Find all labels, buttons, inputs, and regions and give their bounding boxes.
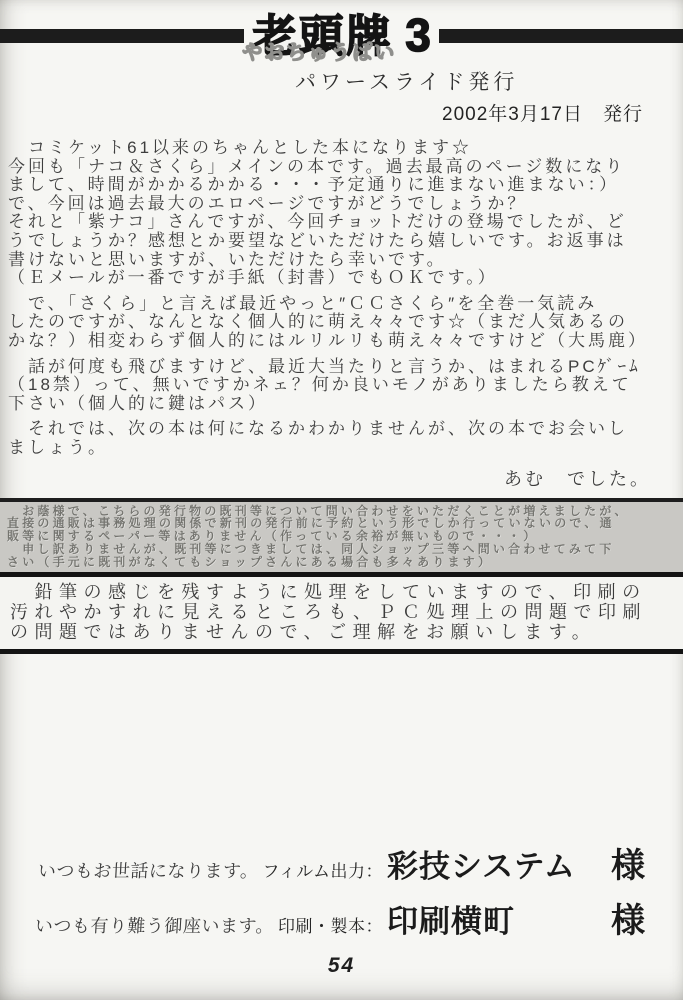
credit-row-film: いつもお世話になります。 フィルム出力： 彩技システム 様 bbox=[0, 838, 645, 887]
afterword-body: コミケット61以来のちゃんとした本になります☆ 今回も「ナコ＆さくら」メインの本… bbox=[8, 139, 675, 491]
scanned-afterword-page: やおちゅうぱい 老頭牌 3 パワースライド発行 2002年3月17日 発行 コミ… bbox=[0, 0, 683, 1000]
page-number: 54 bbox=[0, 954, 683, 978]
credit-label: フィルム出力： bbox=[263, 857, 383, 882]
title-bar: やおちゅうぱい 老頭牌 3 bbox=[0, 15, 683, 57]
author-signoff: あむ でした。 bbox=[8, 465, 675, 491]
credit-honorific: 様 bbox=[611, 893, 645, 942]
credit-row-printing: いつも有り難う御座います。 印刷・製本： 印刷横町 様 bbox=[0, 893, 645, 942]
title-block: やおちゅうぱい 老頭牌 3 bbox=[244, 15, 439, 57]
credit-company-name: 印刷横町 bbox=[387, 896, 515, 941]
credit-company-name: 彩技システム bbox=[387, 841, 576, 886]
credit-message: いつもお世話になります。 bbox=[37, 857, 259, 883]
title-bar-right-rule bbox=[439, 29, 683, 43]
credit-name-wrap: 彩技システム 様 bbox=[387, 838, 645, 887]
publisher-line: パワースライド発行 bbox=[0, 66, 683, 96]
paragraph-closing: それでは、次の本は何になるかわかりませんが、次の本でお会いし ましょう。 bbox=[8, 420, 675, 457]
title-volume-number: 3 bbox=[405, 15, 431, 55]
title-furigana: やおちゅうぱい bbox=[242, 36, 396, 65]
paragraph-ccsakura: で、「さくら」と言えば最近やっと″ＣＣさくら″を全巻一気読み したのですが、なん… bbox=[8, 295, 675, 351]
notice-print-quality: 鉛筆の感じを残すように処理をしていますので、印刷の 汚れやかすれに見えるところも… bbox=[0, 572, 683, 654]
credit-message: いつも有り難う御座います。 bbox=[34, 912, 274, 938]
credits-block: いつもお世話になります。 フィルム出力： 彩技システム 様 いつも有り難う御座い… bbox=[0, 838, 683, 948]
paragraph-pcgame: 話が何度も飛びますけど、最近大当たりと言うか、はまれるPCｹﾞｰﾑ （18禁）っ… bbox=[8, 358, 675, 414]
publication-date: 2002年3月17日 発行 bbox=[0, 99, 683, 126]
credit-honorific: 様 bbox=[611, 838, 645, 887]
credit-name-wrap: 印刷横町 様 bbox=[387, 893, 645, 942]
blank-area bbox=[0, 654, 683, 838]
credit-label: 印刷・製本： bbox=[278, 912, 383, 937]
notice-mailorder: お蔭様で、こちらの発行物の既刊等について問い合わせをいただくことが増えましたが、… bbox=[0, 498, 683, 573]
paragraph-intro: コミケット61以来のちゃんとした本になります☆ 今回も「ナコ＆さくら」メインの本… bbox=[8, 139, 675, 288]
title-bar-left-rule bbox=[0, 29, 244, 43]
